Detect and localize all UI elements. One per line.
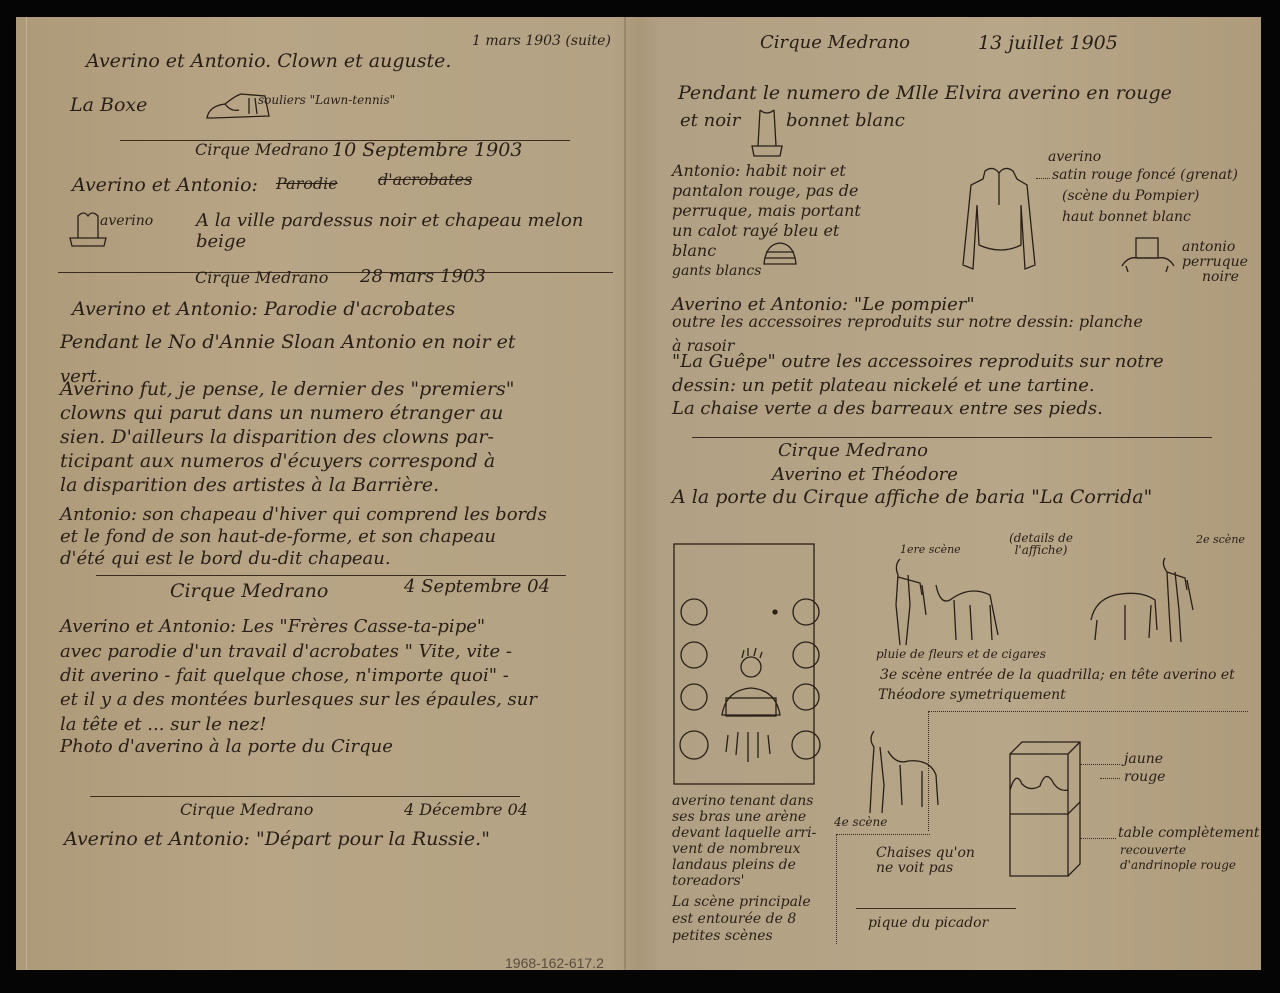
scene-label: 1ere scène bbox=[900, 544, 961, 555]
entry-line: dessin: un petit plateau nickelé et une … bbox=[672, 377, 1095, 395]
averino-costume-note: satin rouge foncé (grenat) bbox=[1052, 168, 1238, 182]
entry-line: "La Guêpe" outre les accessoires reprodu… bbox=[672, 353, 1164, 371]
antonio-costume-note: Antonio: habit noir et bbox=[672, 163, 846, 179]
leader-line bbox=[1036, 178, 1050, 179]
pike-line bbox=[856, 908, 1016, 909]
entry-line: Pendant le numero de Mlle Elvira averino… bbox=[678, 84, 1172, 103]
notebook-spine bbox=[624, 17, 626, 970]
scene3-label: 3e scène entrée de la quadrilla; en tête… bbox=[880, 668, 1235, 682]
poster-caption: La scène principale bbox=[672, 895, 811, 909]
costume-shirt-sketch-icon bbox=[955, 165, 1045, 280]
poster-caption: toreadors' bbox=[672, 874, 745, 888]
color-label: jaune bbox=[1124, 752, 1163, 766]
entry-line: Averino et Antonio: "Départ pour la Russ… bbox=[64, 830, 490, 849]
entry-date: 4 Septembre 04 bbox=[404, 578, 550, 596]
dotted-border bbox=[836, 834, 930, 835]
striped-cap-sketch-icon bbox=[760, 240, 800, 268]
entry-line: dit averino - fait quelque chose, n'impo… bbox=[60, 667, 509, 685]
entry-line: Averino et Antonio: Les "Frères Casse-ta… bbox=[60, 618, 485, 636]
entry-line: Averino et Antonio: bbox=[72, 176, 258, 195]
poster-caption: landaus pleins de bbox=[672, 858, 796, 872]
entry-subheading: Averino et Théodore bbox=[772, 466, 958, 484]
entry-line: d'été qui est le bord du-dit chapeau. bbox=[60, 550, 391, 568]
entry-date: 28 mars 1903 bbox=[360, 268, 486, 286]
entry-line: et le fond de son haut-de-forme, et son … bbox=[60, 528, 496, 546]
entry-line: la disparition des artistes à la Barrièr… bbox=[60, 476, 439, 495]
entry-line: et il y a des montées burlesques sur les… bbox=[60, 691, 537, 709]
scene-label: 2e scène bbox=[1196, 534, 1245, 545]
detail-label: (details de l'affiche) bbox=[996, 532, 1086, 556]
bullfight-scene4-sketch-icon bbox=[860, 725, 960, 820]
entry-line: La chaise verte a des barreaux entre ses… bbox=[672, 400, 1103, 418]
poster-caption: petites scènes bbox=[672, 929, 773, 943]
entry-line: souliers "Lawn-tennis" bbox=[258, 94, 395, 106]
antonio-wig-note: perruque bbox=[1182, 255, 1248, 269]
divider bbox=[90, 796, 520, 797]
entry-line: sien. D'ailleurs la disparition des clow… bbox=[60, 428, 494, 447]
entry-line: bonnet blanc bbox=[786, 112, 905, 130]
wig-hat-sketch-icon bbox=[1118, 236, 1178, 276]
entry-line: outre les accessoires reproduits sur not… bbox=[672, 314, 1143, 330]
antonio-costume-note: pantalon rouge, pas de bbox=[672, 183, 858, 199]
antonio-costume-note: perruque, mais portant bbox=[672, 203, 861, 219]
divider bbox=[58, 272, 613, 273]
entry-date: 4 Décembre 04 bbox=[404, 802, 528, 818]
page-edge bbox=[26, 17, 27, 970]
scene3-label: Théodore symetriquement bbox=[878, 688, 1066, 702]
antonio-costume-note: gants blancs bbox=[672, 264, 761, 278]
table-label: table complètement bbox=[1118, 826, 1260, 840]
bullfight-scene1-sketch-icon bbox=[880, 555, 1010, 650]
divider bbox=[692, 437, 1212, 438]
entry-heading: Cirque Medrano bbox=[195, 142, 328, 158]
entry-line: Photo d'averino à la porte du Cirque bbox=[60, 738, 393, 756]
dotted-border bbox=[928, 711, 1248, 712]
entry-line: Averino fut, je pense, le dernier des "p… bbox=[60, 380, 515, 399]
entry-heading: Cirque Medrano bbox=[180, 802, 313, 818]
bullfight-scene2-sketch-icon bbox=[1085, 550, 1205, 645]
entry-line: A la porte du Cirque affiche de baria "L… bbox=[672, 488, 1152, 507]
entry-line: A la ville pardessus noir et chapeau mel… bbox=[196, 212, 583, 230]
antonio-costume-note: un calot rayé bleu et bbox=[672, 223, 839, 239]
poster-caption: est entourée de 8 bbox=[672, 912, 796, 926]
color-label: rouge bbox=[1124, 770, 1165, 784]
poster-caption: averino tenant dans bbox=[672, 794, 813, 808]
entry-line: ticipant aux numeros d'écuyers correspon… bbox=[60, 452, 495, 471]
entry-line: La Boxe bbox=[70, 96, 147, 115]
averino-costume-note: haut bonnet blanc bbox=[1062, 210, 1191, 224]
antonio-wig-note: noire bbox=[1202, 270, 1239, 284]
entry-line: clowns qui parut dans un numero étranger… bbox=[60, 404, 503, 423]
dotted-border bbox=[836, 834, 837, 944]
pike-label: pique du picador bbox=[868, 916, 988, 930]
entry-heading: Cirque Medrano bbox=[195, 270, 328, 286]
antonio-wig-note: antonio bbox=[1182, 240, 1235, 254]
leader-line bbox=[1080, 764, 1120, 765]
leader-line bbox=[1080, 838, 1116, 839]
scene-label: 4e scène bbox=[834, 816, 887, 828]
entry-date: 13 juillet 1905 bbox=[978, 34, 1118, 53]
entry-line: Averino et Antonio: Parodie d'acrobates bbox=[72, 300, 455, 319]
averino-label: averino bbox=[1048, 150, 1101, 164]
antonio-costume-note: blanc bbox=[672, 243, 716, 259]
leader-line bbox=[1100, 778, 1120, 779]
poster-caption: ses bras une arène bbox=[672, 810, 806, 824]
entry-date: 10 Septembre 1903 bbox=[332, 141, 522, 160]
table-label: recouverte d'andrinople rouge bbox=[1120, 843, 1260, 873]
entry-line: Averino et Antonio. Clown et auguste. bbox=[86, 52, 451, 71]
poster-caption: devant laquelle arri- bbox=[672, 826, 816, 840]
entry-line: beige bbox=[196, 233, 246, 251]
averino-costume-note: (scène du Pompier) bbox=[1062, 189, 1199, 203]
entry-line: et noir bbox=[680, 112, 740, 130]
poster-sketch-icon bbox=[666, 540, 826, 790]
poster-caption: vent de nombreux bbox=[672, 842, 801, 856]
struck-word: Parodie bbox=[276, 176, 338, 192]
entry-line: avec parodie d'un travail d'acrobates " … bbox=[60, 643, 512, 661]
table-sketch-icon bbox=[1006, 740, 1086, 890]
rain-label: pluie de fleurs et de cigares bbox=[876, 648, 1046, 660]
entry-heading: Cirque Medrano bbox=[170, 582, 328, 601]
bonnet-sketch-icon bbox=[750, 108, 784, 158]
chairs-label: Chaises qu'on ne voit pas bbox=[876, 846, 986, 877]
accession-number: 1968-162-617.2 bbox=[505, 955, 604, 971]
header-date: 1 mars 1903 (suite) bbox=[472, 34, 611, 48]
entry-heading: Cirque Medrano bbox=[778, 442, 928, 460]
entry-line: Pendant le No d'Annie Sloan Antonio en n… bbox=[60, 333, 515, 352]
entry-line: la tête et ... sur le nez! bbox=[60, 716, 266, 734]
struck-word: d'acrobates bbox=[378, 172, 472, 188]
entry-line: Antonio: son chapeau d'hiver qui compren… bbox=[60, 506, 547, 524]
entry-heading: Cirque Medrano bbox=[760, 34, 910, 52]
entry-line: averino bbox=[100, 214, 153, 228]
